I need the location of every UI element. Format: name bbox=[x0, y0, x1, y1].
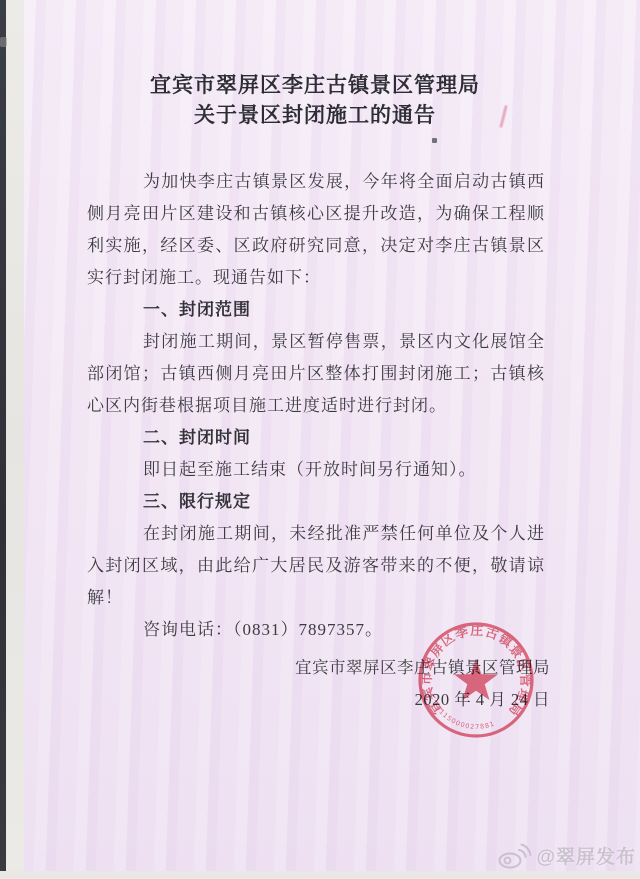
notice-photo: 宜宾市翠屏区李庄古镇景区管理局 关于景区封闭施工的通告 为加快李庄古镇景区发展，… bbox=[0, 0, 640, 879]
ink-dot bbox=[432, 138, 437, 143]
section-2-body: 即日起至施工结束（开放时间另行通知）。 bbox=[87, 454, 545, 486]
section-1-heading: 一、封闭范围 bbox=[87, 294, 545, 326]
photo-edge-bottom bbox=[0, 871, 640, 879]
title-line-authority: 宜宾市翠屏区李庄古镇景区管理局 bbox=[86, 70, 544, 100]
notice-paper: 宜宾市翠屏区李庄古镇景区管理局 关于景区封闭施工的通告 为加快李庄古镇景区发展，… bbox=[24, 0, 640, 871]
section-3-body: 在封闭施工期间，未经批准严禁任何单位及个人进入封闭区域，由此给广大居民及游客带来… bbox=[87, 518, 545, 614]
official-seal: 宜宾市翠屏区李庄古镇景区管理局 5115000027881 bbox=[412, 616, 540, 744]
weibo-icon bbox=[497, 841, 531, 869]
watermark-text: @翠屏发布 bbox=[536, 842, 636, 869]
section-1-body: 封闭施工期间，景区暂停售票，景区内文化展馆全部闭馆；古镇西侧月亮田片区整体打围封… bbox=[87, 326, 545, 422]
title-line-subject: 关于景区封闭施工的通告 bbox=[86, 100, 544, 130]
intro-paragraph: 为加快李庄古镇景区发展，今年将全面启动古镇西侧月亮田片区建设和古镇核心区提升改造… bbox=[87, 166, 545, 294]
notice-body: 为加快李庄古镇景区发展，今年将全面启动古镇西侧月亮田片区建设和古镇核心区提升改造… bbox=[87, 166, 545, 646]
edge-smudge bbox=[0, 37, 7, 47]
seal-star bbox=[454, 659, 498, 701]
notice-title: 宜宾市翠屏区李庄古镇景区管理局 关于景区封闭施工的通告 bbox=[86, 70, 544, 130]
weibo-watermark: @翠屏发布 bbox=[497, 841, 636, 869]
section-3-heading: 三、限行规定 bbox=[87, 486, 545, 518]
scan-margin bbox=[6, 0, 25, 879]
section-2-heading: 二、封闭时间 bbox=[87, 422, 545, 454]
